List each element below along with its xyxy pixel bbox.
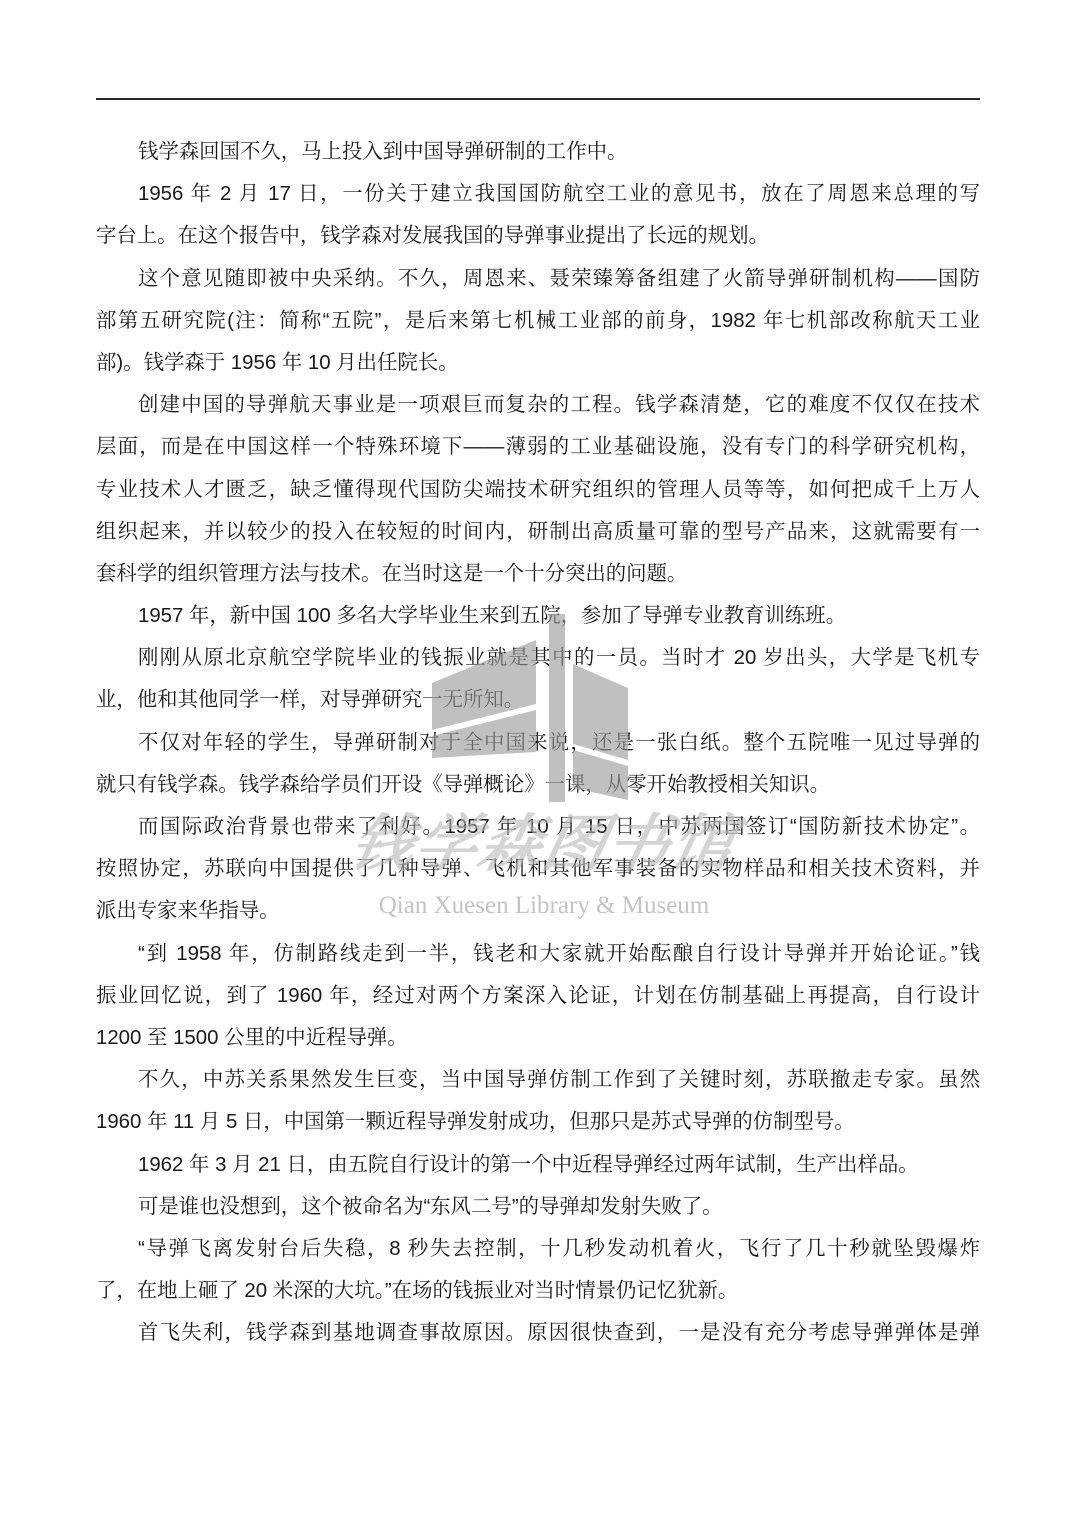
text-line: 1957 年，新中国 100 多名大学毕业生来到五院，参加了导弹专业教育训练班。 — [96, 595, 980, 637]
text-line: 而国际政治背景也带来了利好。1957 年 10 月 15 日，中苏两国签订“国防… — [96, 806, 980, 848]
text-line: 1960 年 11 月 5 日，中国第一颗近程导弹发射成功，但那只是苏式导弹的仿… — [96, 1101, 980, 1143]
text-line: 创建中国的导弹航天事业是一项艰巨而复杂的工程。钱学森清楚，它的难度不仅仅在技术 — [96, 384, 980, 426]
paragraph: “导弹飞离发射台后失稳，8 秒失去控制，十几秒发动机着火，飞行了几十秒就坠毁爆炸… — [96, 1228, 980, 1312]
document-body: 钱学森回国不久，马上投入到中国导弹研制的工作中。 1956 年 2 月 17 日… — [96, 131, 980, 1354]
text-line: 不久，中苏关系果然发生巨变，当中国导弹仿制工作到了关键时刻，苏联撤走专家。虽然 — [96, 1059, 980, 1101]
paragraph: 钱学森回国不久，马上投入到中国导弹研制的工作中。 — [96, 131, 980, 173]
text-line: 振业回忆说，到了 1960 年，经过对两个方案深入论证，计划在仿制基础上再提高，… — [96, 975, 980, 1017]
paragraph: 可是谁也没想到，这个被命名为“东风二号”的导弹却发射失败了。 — [96, 1186, 980, 1228]
text-line: 专业技术人才匮乏，缺乏懂得现代国防尖端技术研究组织的管理人员等等，如何把成千上万… — [96, 469, 980, 511]
text-line: 钱学森回国不久，马上投入到中国导弹研制的工作中。 — [96, 131, 980, 173]
text-line: 派出专家来华指导。 — [96, 890, 980, 932]
text-line: 业，他和其他同学一样，对导弹研究一无所知。 — [96, 679, 980, 721]
paragraph: 1957 年，新中国 100 多名大学毕业生来到五院，参加了导弹专业教育训练班。 — [96, 595, 980, 637]
paragraph: 这个意见随即被中央采纳。不久，周恩来、聂荣臻筹备组建了火箭导弹研制机构——国防 … — [96, 258, 980, 385]
text-line: 1200 至 1500 公里的中近程导弹。 — [96, 1017, 980, 1059]
text-line: 可是谁也没想到，这个被命名为“东风二号”的导弹却发射失败了。 — [96, 1186, 980, 1228]
header-rule — [96, 98, 980, 100]
text-line: 部第五研究院(注：简称“五院”，是后来第七机械工业部的前身，1982 年七机部改… — [96, 300, 980, 342]
paragraph: 不久，中苏关系果然发生巨变，当中国导弹仿制工作到了关键时刻，苏联撤走专家。虽然 … — [96, 1059, 980, 1143]
paragraph: “到 1958 年，仿制路线走到一半，钱老和大家就开始酝酿自行设计导弹并开始论证… — [96, 933, 980, 1060]
text-line: 组织起来，并以较少的投入在较短的时间内，研制出高质量可靠的型号产品来，这就需要有… — [96, 511, 980, 553]
text-line: 1956 年 2 月 17 日，一份关于建立我国国防航空工业的意见书，放在了周恩… — [96, 173, 980, 215]
paragraph: 创建中国的导弹航天事业是一项艰巨而复杂的工程。钱学森清楚，它的难度不仅仅在技术 … — [96, 384, 980, 595]
text-line: 按照协定，苏联向中国提供了几种导弹、飞机和其他军事装备的实物样品和相关技术资料，… — [96, 848, 980, 890]
text-line: 这个意见随即被中央采纳。不久，周恩来、聂荣臻筹备组建了火箭导弹研制机构——国防 — [96, 258, 980, 300]
text-line: 了，在地上砸了 20 米深的大坑。”在场的钱振业对当时情景仍记忆犹新。 — [96, 1270, 980, 1312]
paragraph: 1956 年 2 月 17 日，一份关于建立我国国防航空工业的意见书，放在了周恩… — [96, 173, 980, 257]
paragraph: 刚刚从原北京航空学院毕业的钱振业就是其中的一员。当时才 20 岁出头，大学是飞机… — [96, 637, 980, 721]
text-line: “到 1958 年，仿制路线走到一半，钱老和大家就开始酝酿自行设计导弹并开始论证… — [96, 933, 980, 975]
text-line: 部)。钱学森于 1956 年 10 月出任院长。 — [96, 342, 980, 384]
paragraph: 而国际政治背景也带来了利好。1957 年 10 月 15 日，中苏两国签订“国防… — [96, 806, 980, 933]
text-line: 首飞失利，钱学森到基地调查事故原因。原因很快查到，一是没有充分考虑导弹弹体是弹 — [96, 1312, 980, 1354]
text-line: 1962 年 3 月 21 日，由五院自行设计的第一个中近程导弹经过两年试制，生… — [96, 1144, 980, 1186]
text-line: 字台上。在这个报告中，钱学森对发展我国的导弹事业提出了长远的规划。 — [96, 215, 980, 257]
text-line: 不仅对年轻的学生，导弹研制对于全中国来说，还是一张白纸。整个五院唯一见过导弹的 — [96, 722, 980, 764]
text-line: 层面，而是在中国这样一个特殊环境下——薄弱的工业基础设施，没有专门的科学研究机构… — [96, 426, 980, 468]
text-line: 套科学的组织管理方法与技术。在当时这是一个十分突出的问题。 — [96, 553, 980, 595]
paragraph: 首飞失利，钱学森到基地调查事故原因。原因很快查到，一是没有充分考虑导弹弹体是弹 — [96, 1312, 980, 1354]
text-line: “导弹飞离发射台后失稳，8 秒失去控制，十几秒发动机着火，飞行了几十秒就坠毁爆炸 — [96, 1228, 980, 1270]
text-line: 刚刚从原北京航空学院毕业的钱振业就是其中的一员。当时才 20 岁出头，大学是飞机… — [96, 637, 980, 679]
paragraph: 1962 年 3 月 21 日，由五院自行设计的第一个中近程导弹经过两年试制，生… — [96, 1144, 980, 1186]
text-line: 就只有钱学森。钱学森给学员们开设《导弹概论》一课，从零开始教授相关知识。 — [96, 764, 980, 806]
paragraph: 不仅对年轻的学生，导弹研制对于全中国来说，还是一张白纸。整个五院唯一见过导弹的 … — [96, 722, 980, 806]
